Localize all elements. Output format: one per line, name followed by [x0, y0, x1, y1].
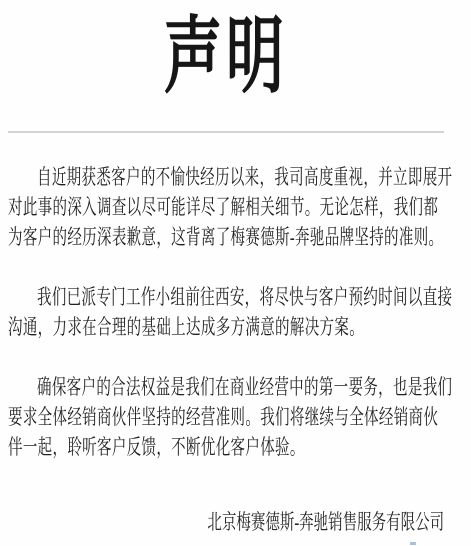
content-column: 声明 自近期获悉客户的不愉快经历以来，我司高度重视，并立即展开 对此事的深入调查… [8, 14, 444, 537]
blue-dash-artifact [410, 542, 416, 545]
paragraph-line: 确保客户的合法权益是我们在商业经营中的第一要务，也是我们 [8, 372, 444, 402]
title-divider [8, 131, 444, 133]
paragraph-line: 伴一起，聆听客户反馈，不断优化客户体验。 [8, 432, 444, 462]
paragraph-apology: 自近期获悉客户的不愉快经历以来，我司高度重视，并立即展开 对此事的深入调查以尽可… [8, 162, 444, 252]
statement-title: 声明 [8, 14, 444, 102]
paragraph-line: 为客户的经历深表歉意，这背离了梅赛德斯-奔驰品牌坚持的准则。 [8, 222, 444, 252]
statement-body: 自近期获悉客户的不愉快经历以来，我司高度重视，并立即展开 对此事的深入调查以尽可… [8, 162, 444, 462]
paragraph-line: 要求全体经销商伙伴坚持的经营准则。我们将继续与全体经销商伙 [8, 402, 444, 432]
paragraph-line: 自近期获悉客户的不愉快经历以来，我司高度重视，并立即展开 [8, 162, 444, 192]
paragraph-commitment: 确保客户的合法权益是我们在商业经营中的第一要务，也是我们 要求全体经销商伙伴坚持… [8, 372, 444, 462]
paragraph-line: 对此事的深入调查以尽可能详尽了解相关细节。无论怎样，我们都 [8, 192, 444, 222]
paragraph-task-force: 我们已派专门工作小组前往西安，将尽快与客户预约时间以直接 沟通，力求在合理的基础… [8, 282, 444, 342]
paragraph-line: 我们已派专门工作小组前往西安，将尽快与客户预约时间以直接 [8, 282, 444, 312]
company-signature: 北京梅赛德斯-奔驰销售服务有限公司 [8, 507, 444, 537]
paragraph-line: 沟通，力求在合理的基础上达成多方满意的解决方案。 [8, 312, 444, 342]
statement-page: 声明 自近期获悉客户的不愉快经历以来，我司高度重视，并立即展开 对此事的深入调查… [0, 0, 471, 546]
